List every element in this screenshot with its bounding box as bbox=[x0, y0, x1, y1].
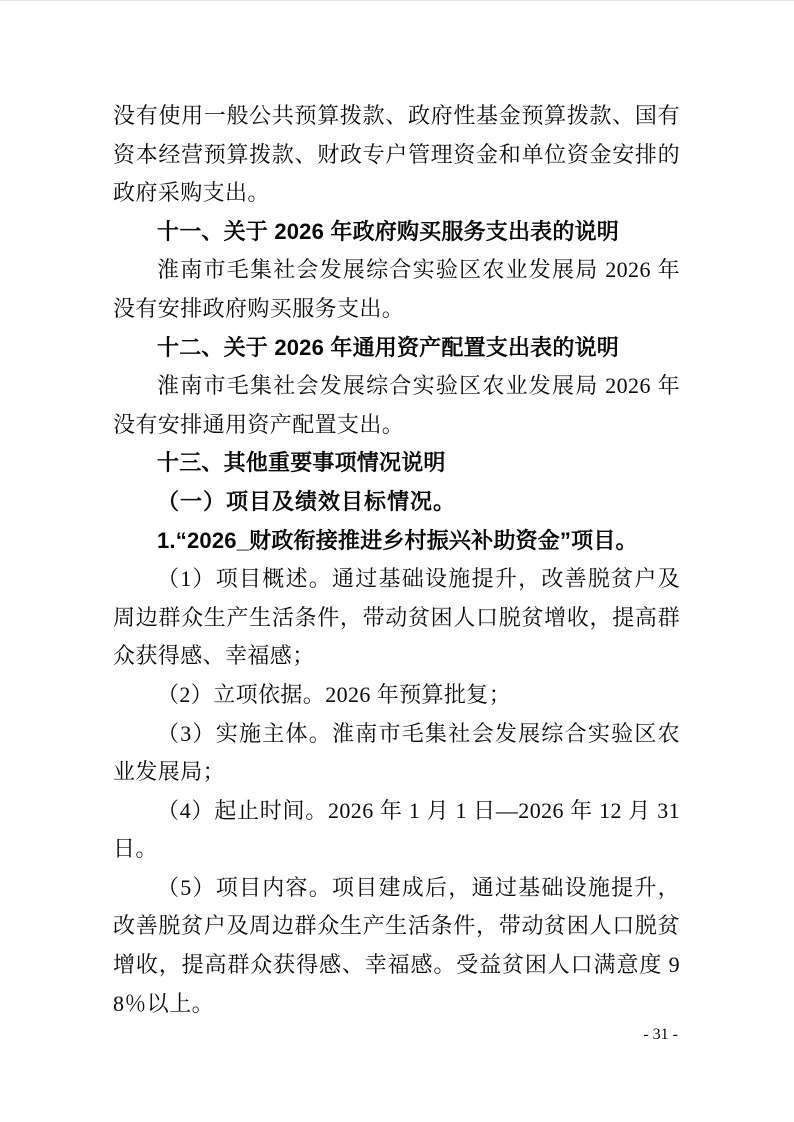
section-heading: 十一、关于 2026 年政府购买服务支出表的说明 bbox=[113, 213, 680, 252]
paragraph: （4）起止时间。2026 年 1 月 1 日—2026 年 12 月 31 日。 bbox=[113, 792, 680, 869]
paragraph: 没有使用一般公共预算拨款、政府性基金预算拨款、国有资本经营预算拨款、财政专户管理… bbox=[113, 97, 680, 213]
paragraph: 淮南市毛集社会发展综合实验区农业发展局 2026 年没有安排政府购买服务支出。 bbox=[113, 251, 680, 328]
page-number: - 31 - bbox=[643, 1025, 678, 1045]
document-page: 没有使用一般公共预算拨款、政府性基金预算拨款、国有资本经营预算拨款、财政专户管理… bbox=[0, 0, 794, 1122]
paragraph: （5）项目内容。项目建成后，通过基础设施提升，改善脱贫户及周边群众生产生活条件，… bbox=[113, 869, 680, 1023]
paragraph: （2）立项依据。2026 年预算批复； bbox=[113, 676, 680, 715]
section-heading: 十二、关于 2026 年通用资产配置支出表的说明 bbox=[113, 329, 680, 368]
paragraph: （1）项目概述。通过基础设施提升，改善脱贫户及周边群众生产生活条件，带动贫困人口… bbox=[113, 560, 680, 676]
paragraph: （3）实施主体。淮南市毛集社会发展综合实验区农业发展局； bbox=[113, 715, 680, 792]
section-heading: 十三、其他重要事项情况说明 bbox=[113, 444, 680, 483]
document-body: 没有使用一般公共预算拨款、政府性基金预算拨款、国有资本经营预算拨款、财政专户管理… bbox=[113, 97, 680, 1023]
section-heading: 1.“2026_财政衔接推进乡村振兴补助资金”项目。 bbox=[113, 522, 680, 561]
paragraph: 淮南市毛集社会发展综合实验区农业发展局 2026 年没有安排通用资产配置支出。 bbox=[113, 367, 680, 444]
section-heading: （一）项目及绩效目标情况。 bbox=[113, 483, 680, 522]
